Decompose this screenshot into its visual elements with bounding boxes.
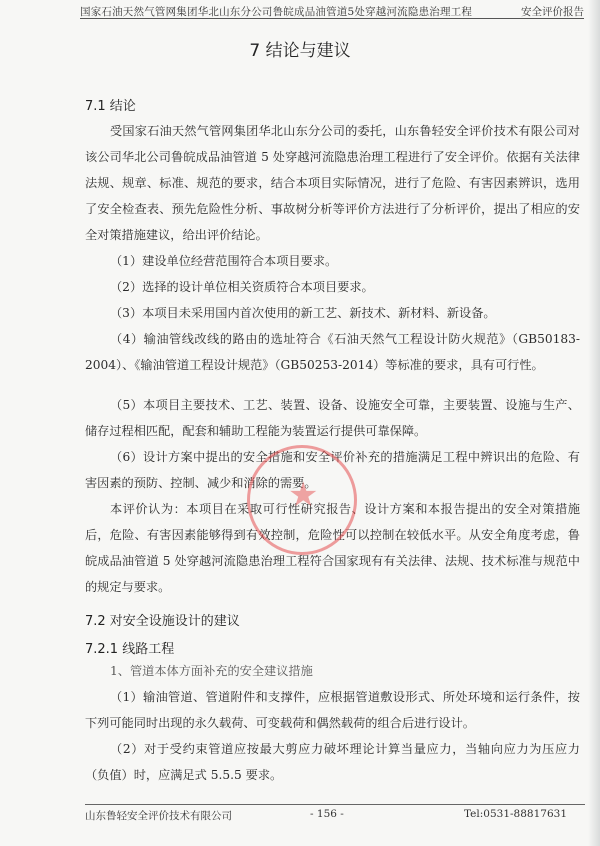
conclusion-item-5: （5）本项目主要技术、工艺、装置、设备、设施安全可靠，主要装置、设施与生产、储存… xyxy=(85,392,580,444)
page-footer: 山东鲁轻安全评价技术有限公司 - 156 - Tel:0531-88817631 xyxy=(85,804,585,823)
page-header: 国家石油天然气管网集团华北山东分公司鲁皖成品油管道5处穿越河流隐患治理工程 安全… xyxy=(80,2,584,19)
section-heading-7-1: 7.1 结论 xyxy=(85,95,136,114)
conclusion-item-3: （3）本项目未采用国内首次使用的新工艺、新技术、新材料、新设备。 xyxy=(85,300,600,326)
conclusion-item-6: （6）设计方案中提出的安全措施和安全评价补充的措施满足工程中辨识出的危险、有害因… xyxy=(85,444,580,496)
conclusion-item-4: （4）输油管线改线的路由的选址符合《石油天然气工程设计防火规范》（GB50183… xyxy=(85,326,580,378)
footer-page-number: - 156 - xyxy=(310,808,344,820)
footer-company: 山东鲁轻安全评价技术有限公司 xyxy=(85,808,232,823)
chapter-title: 7 结论与建议 xyxy=(0,36,600,61)
conclusion-summary-paragraph: 本评价认为：本项目在采取可行性研究报告、设计方案和本报告提出的安全对策措施后，危… xyxy=(85,496,580,600)
conclusion-intro-paragraph: 受国家石油天然气管网集团华北山东分公司的委托，山东鲁轻安全评价技术有限公司对该公… xyxy=(85,118,580,248)
subsection-heading-7-2-1: 7.2.1 线路工程 xyxy=(85,638,174,657)
header-report-type: 安全评价报告 xyxy=(521,4,584,19)
pipeline-measure-1: （1）输油管道、管道附件和支撑件，应根据管道敷设形式、所处环境和运行条件，按下列… xyxy=(85,684,580,736)
conclusion-item-2: （2）选择的设计单位相关资质符合本项目要求。 xyxy=(85,274,600,300)
conclusion-item-1: （1）建设单位经营范围符合本项目要求。 xyxy=(85,248,600,274)
section-heading-7-2: 7.2 对安全设施设计的建议 xyxy=(85,610,240,629)
footer-telephone: Tel:0531-88817631 xyxy=(464,808,567,820)
pipeline-measure-2: （2）对于受约束管道应按最大剪应力破坏理论计算当量应力，当轴向应力为压应力（负值… xyxy=(85,736,580,788)
header-project-title: 国家石油天然气管网集团华北山东分公司鲁皖成品油管道5处穿越河流隐患治理工程 xyxy=(80,4,472,19)
scan-page-edge xyxy=(588,0,600,846)
pipeline-measures-title: 1、管道本体方面补充的安全建议措施 xyxy=(85,658,600,684)
